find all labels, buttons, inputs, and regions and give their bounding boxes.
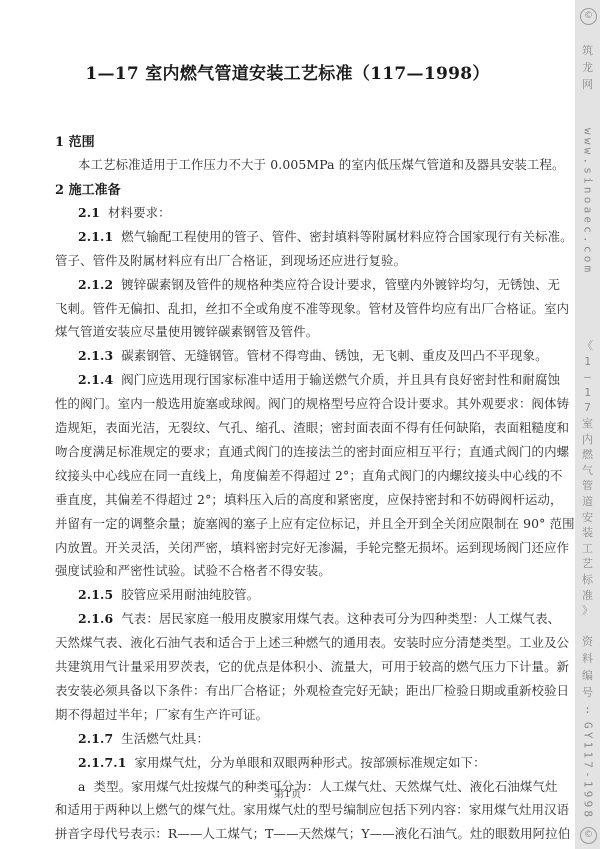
paragraph-line: 拼音字母代号表示：R——人工煤气；T——天然煤气；Y——液化石油气。灶的眼数用阿… (55, 827, 545, 841)
paragraph-line: 天然煤气表、液化石油气表和适合于上述三种燃气的通用表。安装时应分清楚类型。工业及… (55, 636, 545, 650)
line-text: 碳素钢管、无缝钢管。管材不得弯曲、锈蚀，无飞刺、重皮及凹凸不平现象。 (121, 348, 547, 363)
paragraph-line: 2.1.3碳素钢管、无缝钢管。管材不得弯曲、锈蚀，无飞刺、重皮及凹凸不平现象。 (78, 349, 545, 363)
clause-number: 2.1.3 (78, 348, 113, 363)
char: 室 (575, 416, 600, 432)
char: 号 (575, 684, 600, 701)
char: 装 (575, 525, 600, 541)
paragraph-line: 共建筑用气计量采用罗茨表，它的优点是体积小、流量大，可用于较高的燃气压力下计量。… (55, 660, 545, 674)
paragraph-line: 管子、管件及附属材料应有出厂合格证，到现场还应进行复验。 (55, 254, 545, 268)
document-title: 1—17 室内燃气管道安装工艺标准（117—1998） (0, 59, 575, 84)
paragraph-line: 2.1.7生活燃气灶具： (78, 732, 545, 746)
char: 管 (575, 478, 600, 494)
paragraph-line: 2.1.2镀锌碳素钢及管件的规格种类应符合设计要求，管壁内外镀锌均匀，无锈蚀、无 (78, 278, 545, 292)
char: 内 (575, 432, 600, 448)
paragraph-line: 2.1.6气表：居民家庭一般用皮膜家用煤气表。这种表可分为四种类型：人工煤气表、 (78, 612, 545, 626)
section-heading-scope: 1 范围 (55, 131, 95, 150)
paragraph-line: 2.1.1燃气输配工程使用的管子、管件、密封填料等附属材料应符合国家现行有关标准… (78, 230, 545, 244)
char: 《 (575, 338, 600, 354)
page-number: 第1页 (0, 786, 575, 801)
paragraph-line: 内放置。开关灵活，关闭严密，填料密封完好无渗漏，手轮完整无损坏。运到现场阀门还应… (55, 541, 545, 555)
paragraph-line: 纹接头中心线应在同一直线上，角度偏差不得超过 2°；直角式阀门的内螺纹接头中心线… (55, 469, 545, 483)
vertical-text: www.sinoaec.com (581, 128, 595, 275)
paragraph-line: 吻合度满足标准规定的要求；直通式阀门的连接法兰的密封面应相互平行；直通式阀门的内… (55, 445, 545, 459)
paragraph-line: 期不得超过半年；厂家有生产许可证。 (55, 708, 545, 722)
clause-number: 2.1.2 (78, 277, 113, 292)
char: 艺 (575, 556, 600, 572)
doc-code: GY117-1998 (575, 722, 600, 820)
char: 安 (575, 510, 600, 526)
line-text: 期不得超过半年；厂家有生产许可证。 (55, 707, 268, 722)
clause-number: 2.1.5 (78, 587, 113, 602)
line-text: 本工艺标准适用于工作压力不大于 0.005MPa 的室内低压煤气管道和及器具安装… (78, 157, 565, 172)
line-text: 造规矩，表面光洁，无裂纹、气孔、缩孔、渣眼；密封面表面不得有任何缺陷，表面粗糙度… (55, 420, 569, 435)
copyright-icon: © (580, 8, 597, 25)
vertical-text: GY117-1998 (581, 722, 595, 820)
line-text: 燃气输配工程使用的管子、管件、密封填料等附属材料应符合国家现行有关标准。 (121, 229, 572, 244)
char: 标 (575, 572, 600, 588)
line-text: 强度试验和严密性试验。试验不合格者不得安装。 (55, 563, 331, 578)
section-heading-preparation: 2 施工准备 (55, 179, 121, 198)
line-text: 并留有一定的调整余量；旋塞阀的塞子上应有定位标记，并且全开到全关闭应限制在 90… (55, 516, 575, 531)
char: 燃 (575, 447, 600, 463)
line-text: 性的阀门。室内一般选用旋塞或球阀。阀门的规格型号应符合设计要求。其外观要求：阀体… (55, 396, 569, 411)
line-text: 管子、管件及附属材料应有出厂合格证，到现场还应进行复验。 (55, 253, 406, 268)
watermark-sidebar: © 筑 龙 网 www.sinoaec.com 《1—17室内燃气管道安装工艺标… (575, 0, 600, 849)
site-name: 筑 龙 网 (575, 42, 600, 93)
clause-number: 2.1.7.1 (78, 755, 126, 770)
paragraph-line: 垂直度，其偏差不得超过 2°；填料压入后的高度和紧密度，应保持密封和不妨碍阀杆运… (55, 493, 545, 507)
line-text: 吻合度满足标准规定的要求；直通式阀门的连接法兰的密封面应相互平行；直通式阀门的内… (55, 444, 569, 459)
line-text: 内放置。开关灵活，关闭严密，填料密封完好无渗漏，手轮完整无损坏。运到现场阀门还应… (55, 540, 569, 555)
char: 气 (575, 463, 600, 479)
line-text: 纹接头中心线应在同一直线上，角度偏差不得超过 2°；直角式阀门的内螺纹接头中心线… (55, 468, 563, 483)
line-text: 阀门应选用现行国家标准中适用于输送燃气介质，并且具有良好密封性和耐腐蚀 (121, 372, 560, 387)
line-text: 胶管应采用耐油纯胶管。 (121, 587, 259, 602)
char: 1 (575, 354, 600, 370)
line-text: 煤气管道安装应尽量使用镀锌碳素钢管及管件。 (55, 324, 318, 339)
paragraph-line: 飞刺。管件无偏扣、乱扣，丝扣不全或角度不准等现象。管材及管件均应有出厂合格证。室… (55, 302, 545, 316)
char: 编 (575, 667, 600, 684)
paragraph-line: 2.1.7.1家用煤气灶，分为单眼和双眼两种形式。按部颁标准规定如下： (78, 756, 545, 770)
line-text: 和适用于两种以上燃气的煤气灶。家用煤气灶的型号编制应包括下列内容：家用煤气灶用汉… (55, 802, 569, 817)
site-url: www.sinoaec.com (575, 128, 600, 275)
char: 准 (575, 588, 600, 604)
char: 道 (575, 494, 600, 510)
char: 资 (575, 633, 600, 650)
char: : (575, 701, 600, 718)
line-text: 拼音字母代号表示：R——人工煤气；T——天然煤气；Y——液化石油气。灶的眼数用阿… (55, 826, 570, 841)
paragraph-line: 造规矩，表面光洁，无裂纹、气孔、缩孔、渣眼；密封面表面不得有任何缺陷，表面粗糙度… (55, 421, 545, 435)
clause-number: 2.1.7 (78, 731, 113, 746)
paragraph-line: 性的阀门。室内一般选用旋塞或球阀。阀门的规格型号应符合设计要求。其外观要求：阀体… (55, 397, 545, 411)
line-text: 气表：居民家庭一般用皮膜家用煤气表。这种表可分为四种类型：人工煤气表、 (121, 611, 560, 626)
paragraph-line: 2.1材料要求： (78, 206, 545, 220)
line-text: 垂直度，其偏差不得超过 2°；填料压入后的高度和紧密度，应保持密封和不妨碍阀杆运… (55, 492, 563, 507)
paragraph-line: 表安装必须具备以下条件：有出厂合格证；外观检查完好无缺；距出厂检验日期或重新校验… (55, 684, 545, 698)
char: 7 (575, 400, 600, 416)
copyright-icon: © (580, 827, 597, 844)
paragraph-line: 和适用于两种以上燃气的煤气灶。家用煤气灶的型号编制应包括下列内容：家用煤气灶用汉… (55, 803, 545, 817)
clause-number: 2.1 (78, 205, 100, 220)
paragraph-line: 煤气管道安装应尽量使用镀锌碳素钢管及管件。 (55, 325, 545, 339)
paragraph-line: 2.1.5胶管应采用耐油纯胶管。 (78, 588, 545, 602)
char: 龙 (575, 59, 600, 76)
char: — (575, 369, 600, 385)
sidebar-doc-title: 《1—17室内燃气管道安装工艺标准》 (575, 338, 600, 619)
paragraph-line: 2.1.4阀门应选用现行国家标准中适用于输送燃气介质，并且具有良好密封性和耐腐蚀 (78, 373, 545, 387)
doc-code-label: 资料编号: (575, 633, 600, 718)
clause-number: 2.1.4 (78, 372, 113, 387)
line-text: 飞刺。管件无偏扣、乱扣，丝扣不全或角度不准等现象。管材及管件均应有出厂合格证。室… (55, 301, 569, 316)
clause-number: 2.1.1 (78, 229, 113, 244)
paragraph-line: 本工艺标准适用于工作压力不大于 0.005MPa 的室内低压煤气管道和及器具安装… (78, 158, 545, 172)
line-text: 生活燃气灶具： (121, 731, 209, 746)
char: 》 (575, 603, 600, 619)
paragraph-line: 强度试验和严密性试验。试验不合格者不得安装。 (55, 564, 545, 578)
line-text: 镀锌碳素钢及管件的规格种类应符合设计要求，管壁内外镀锌均匀，无锈蚀、无 (121, 277, 560, 292)
line-text: 天然煤气表、液化石油气表和适合于上述三种燃气的通用表。安装时应分清楚类型。工业及… (55, 635, 569, 650)
char: 工 (575, 541, 600, 557)
line-text: 家用煤气灶，分为单眼和双眼两种形式。按部颁标准规定如下： (134, 755, 485, 770)
paragraph-line: 并留有一定的调整余量；旋塞阀的塞子上应有定位标记，并且全开到全关闭应限制在 90… (55, 517, 545, 531)
char: 料 (575, 650, 600, 667)
char: 网 (575, 76, 600, 93)
line-text: 材料要求： (108, 205, 171, 220)
char: 筑 (575, 42, 600, 59)
document-page: 1—17 室内燃气管道安装工艺标准（117—1998） 1 范围 本工艺标准适用… (0, 0, 575, 849)
line-text: 共建筑用气计量采用罗茨表，它的优点是体积小、流量大，可用于较高的燃气压力下计量。… (55, 659, 569, 674)
clause-number: 2.1.6 (78, 611, 113, 626)
line-text: 表安装必须具备以下条件：有出厂合格证；外观检查完好无缺；距出厂检验日期或重新校验… (55, 683, 569, 698)
char: 1 (575, 385, 600, 401)
